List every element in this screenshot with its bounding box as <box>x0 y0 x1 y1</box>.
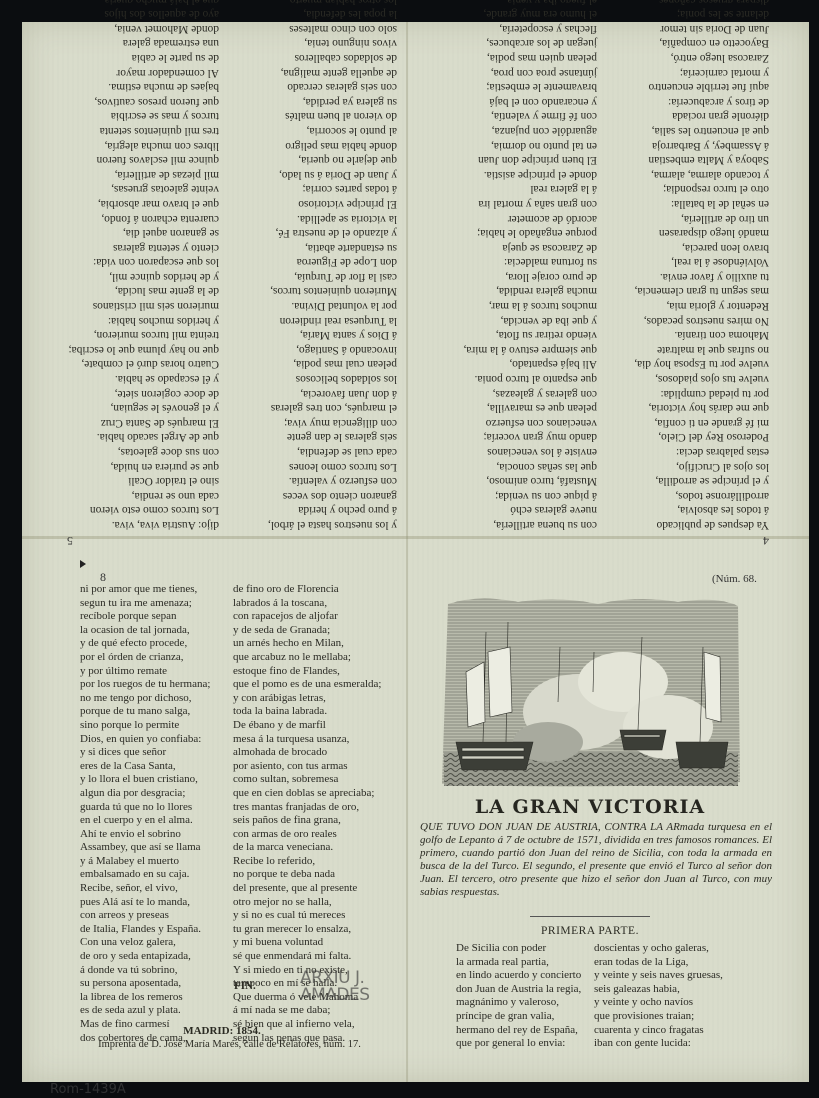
imprint-printer: Imprenta de D. José María Marés, calle d… <box>22 1039 437 1050</box>
document-title: LA GRAN VICTORIA <box>400 796 780 818</box>
page4-column-2: con su buena artillería, nueve galeras e… <box>464 0 597 532</box>
imprint-city-year: MADRID: 1854. <box>22 1025 422 1037</box>
page5-column-2: dijo: Austria viva, viva. Los turcos com… <box>68 0 219 532</box>
margin-mark <box>80 560 86 568</box>
page4-column-1: Ya despues de publicado á todos les abso… <box>634 0 769 532</box>
primera-parte-column-1: De Sicilia con poder la armada real part… <box>456 942 581 1051</box>
archive-stamp: ARXIU J. AMADES <box>300 970 370 1004</box>
page5-column-1: y los nuestros hasta el árbol, á puro pe… <box>268 0 397 532</box>
fin-label: FIN. <box>234 980 256 992</box>
page-number-5: 5 <box>67 533 73 548</box>
document-subtitle: QUE TUVO DON JUAN DE AUSTRIA, CONTRA LA … <box>420 821 772 899</box>
page-number-4: 4 <box>763 533 769 548</box>
title-divider <box>530 916 650 917</box>
naval-battle-engraving <box>438 592 744 792</box>
broadside-sheet: 4 Ya despues de publicado á todos les ab… <box>22 22 809 1082</box>
inverted-top-half: 4 Ya despues de publicado á todos les ab… <box>22 22 809 536</box>
section-heading: PRIMERA PARTE. <box>400 925 780 937</box>
page8-column-1: ni por amor que me tienes, segun tu ira … <box>80 583 210 1045</box>
horizontal-fold-line <box>22 536 809 539</box>
primera-parte-column-2: doscientas y ocho galeras, eran todas de… <box>594 942 723 1051</box>
call-number: Rom-1439A <box>50 1082 126 1097</box>
broadside-number: (Núm. 68. <box>712 573 757 585</box>
